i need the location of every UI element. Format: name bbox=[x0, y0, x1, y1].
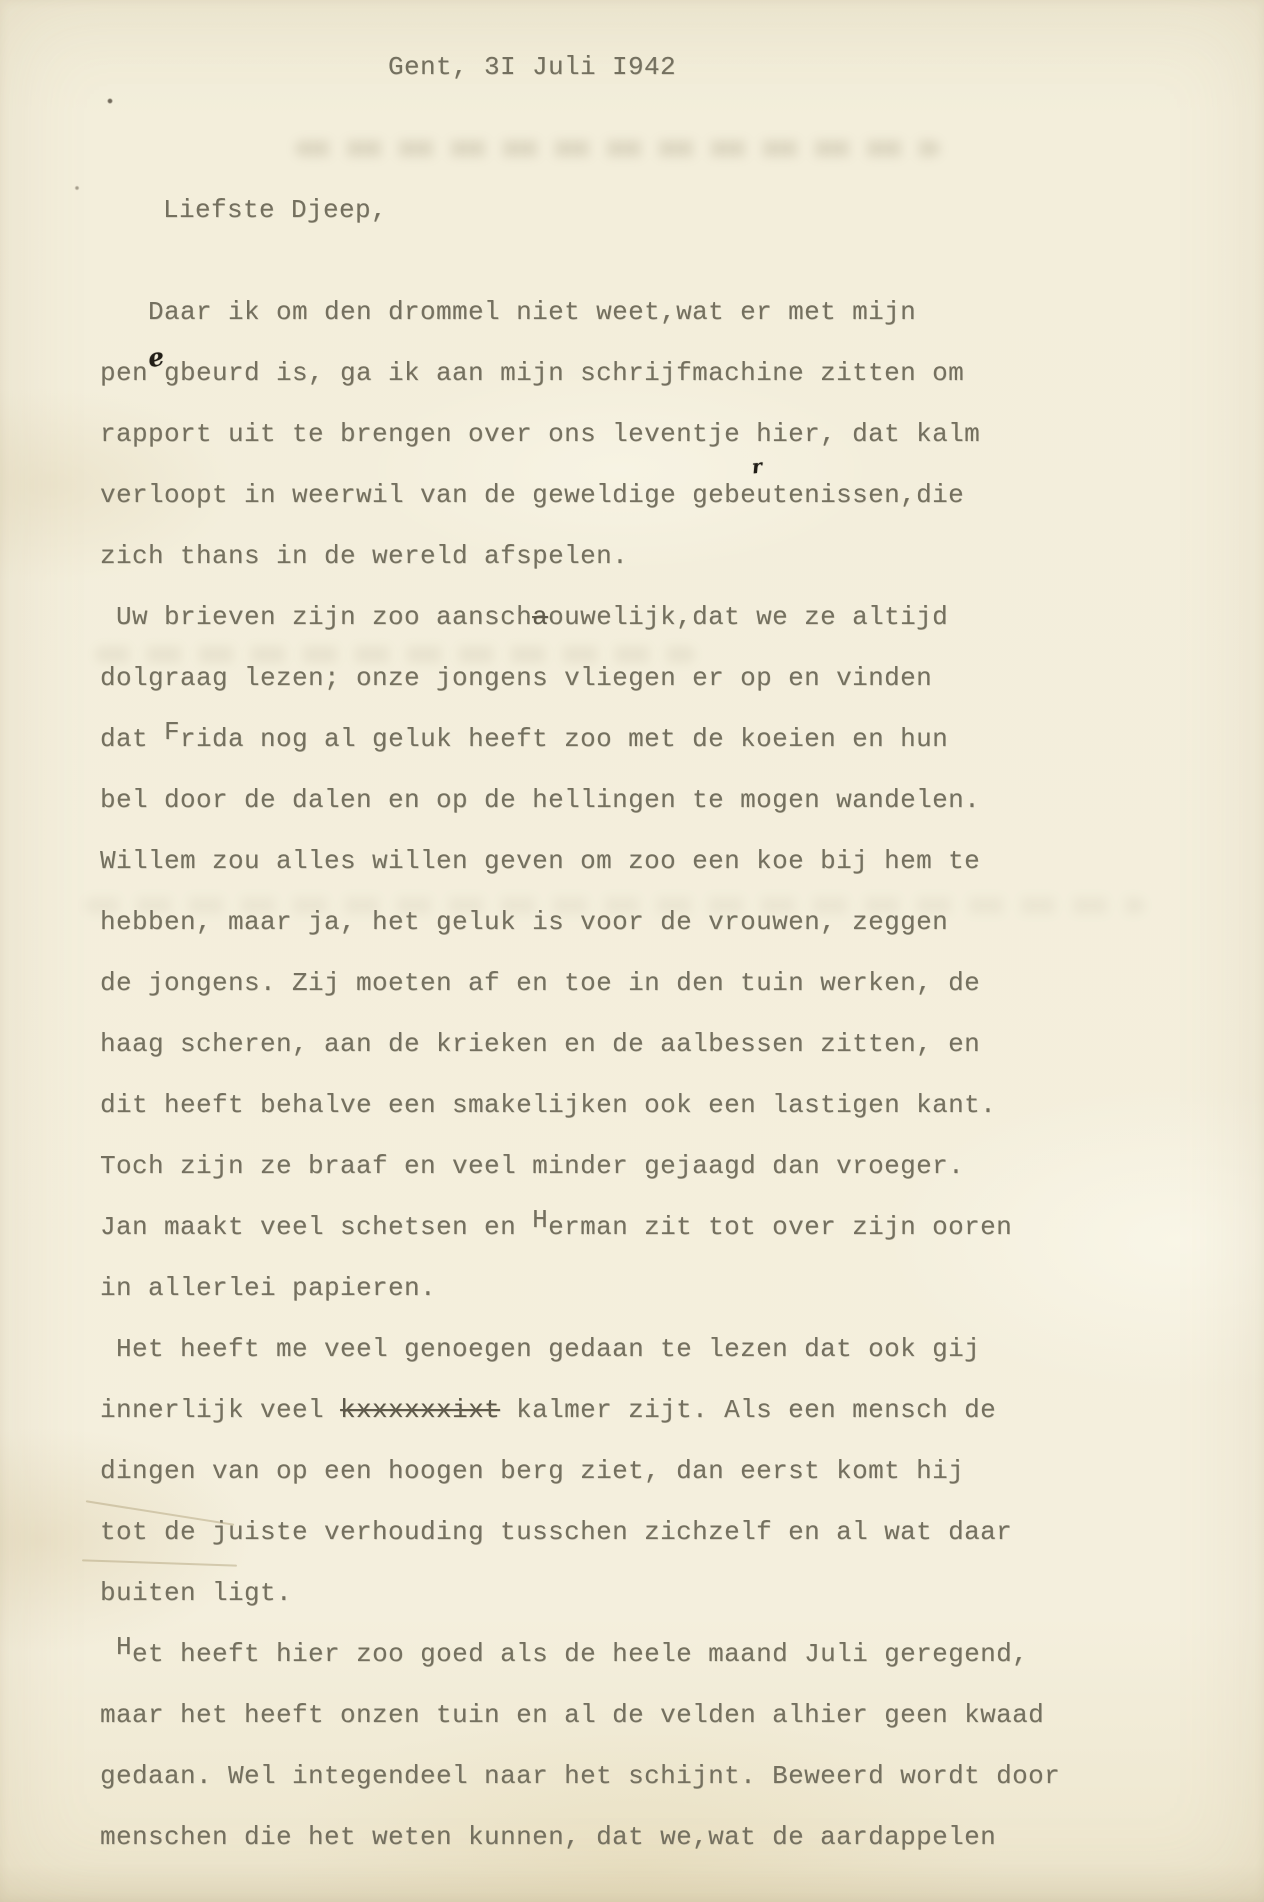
letter-line: Het heeft me veel genoegen gedaan te lez… bbox=[100, 1319, 1224, 1380]
letter-line: gedaan. Wel integendeel naar het schijnt… bbox=[100, 1746, 1224, 1807]
letter-line: pen gbeurd is, ga ik aan mijn schrijfmac… bbox=[100, 343, 1224, 404]
salutation: Liefste Djeep, bbox=[163, 195, 387, 225]
letter-page: Gent, 3I Juli I942 Liefste Djeep, Daar i… bbox=[0, 0, 1264, 1902]
letter-line: tot de juiste verhouding tusschen zichze… bbox=[100, 1502, 1224, 1563]
letter-line: Het heeft hier zoo goed als de heele maa… bbox=[100, 1624, 1224, 1685]
letter-line: zich thans in de wereld afspelen. bbox=[100, 526, 1224, 587]
letter-line: Uw brieven zijn zoo aanschaouwelijk,dat … bbox=[100, 587, 1224, 648]
letter-line: rapport uit te brengen over ons leventje… bbox=[100, 404, 1224, 465]
struck-out-word: a bbox=[532, 602, 548, 632]
letter-line: maar het heeft onzen tuin en al de velde… bbox=[100, 1685, 1224, 1746]
letter-line: bel door de dalen en op de hellingen te … bbox=[100, 770, 1224, 831]
letter-line: Toch zijn ze braaf en veel minder gejaag… bbox=[100, 1136, 1224, 1197]
letter-line: Jan maakt veel schetsen en Herman zit to… bbox=[100, 1197, 1224, 1258]
letter-line: menschen die het weten kunnen, dat we,wa… bbox=[100, 1807, 1224, 1868]
letter-line: Daar ik om den drommel niet weet,wat er … bbox=[100, 282, 1224, 343]
letter-line: innerlijk veel kxxxxxxixt kalmer zijt. A… bbox=[100, 1380, 1224, 1441]
letter-line: dit heeft behalve een smakelijken ook ee… bbox=[100, 1075, 1224, 1136]
letter-line: dingen van op een hoogen berg ziet, dan … bbox=[100, 1441, 1224, 1502]
raised-letter: H bbox=[532, 1190, 548, 1251]
raised-letter: F bbox=[164, 702, 180, 763]
letter-line: haag scheren, aan de krieken en de aalbe… bbox=[100, 1014, 1224, 1075]
struck-out-word: kxxxxxxixt bbox=[340, 1395, 500, 1425]
letter-line: Willem zou alles willen geven om zoo een… bbox=[100, 831, 1224, 892]
letter-line: buiten ligt. bbox=[100, 1563, 1224, 1624]
letter-line: verloopt in weerwil van de geweldige geb… bbox=[100, 465, 1224, 526]
bleed-through-ghost-text bbox=[295, 140, 940, 157]
letter-line: in allerlei papieren. bbox=[100, 1258, 1224, 1319]
letter-body: Daar ik om den drommel niet weet,wat er … bbox=[100, 282, 1224, 1868]
letter-line: hebben, maar ja, het geluk is voor de vr… bbox=[100, 892, 1224, 953]
dateline: Gent, 3I Juli I942 bbox=[388, 52, 676, 82]
letter-line: de jongens. Zij moeten af en toe in den … bbox=[100, 953, 1224, 1014]
letter-line: dolgraag lezen; onze jongens vliegen er … bbox=[100, 648, 1224, 709]
raised-letter: H bbox=[116, 1617, 132, 1678]
handwritten-r-insertion: r bbox=[751, 458, 763, 478]
letter-line: dat Frida nog al geluk heeft zoo met de … bbox=[100, 709, 1224, 770]
